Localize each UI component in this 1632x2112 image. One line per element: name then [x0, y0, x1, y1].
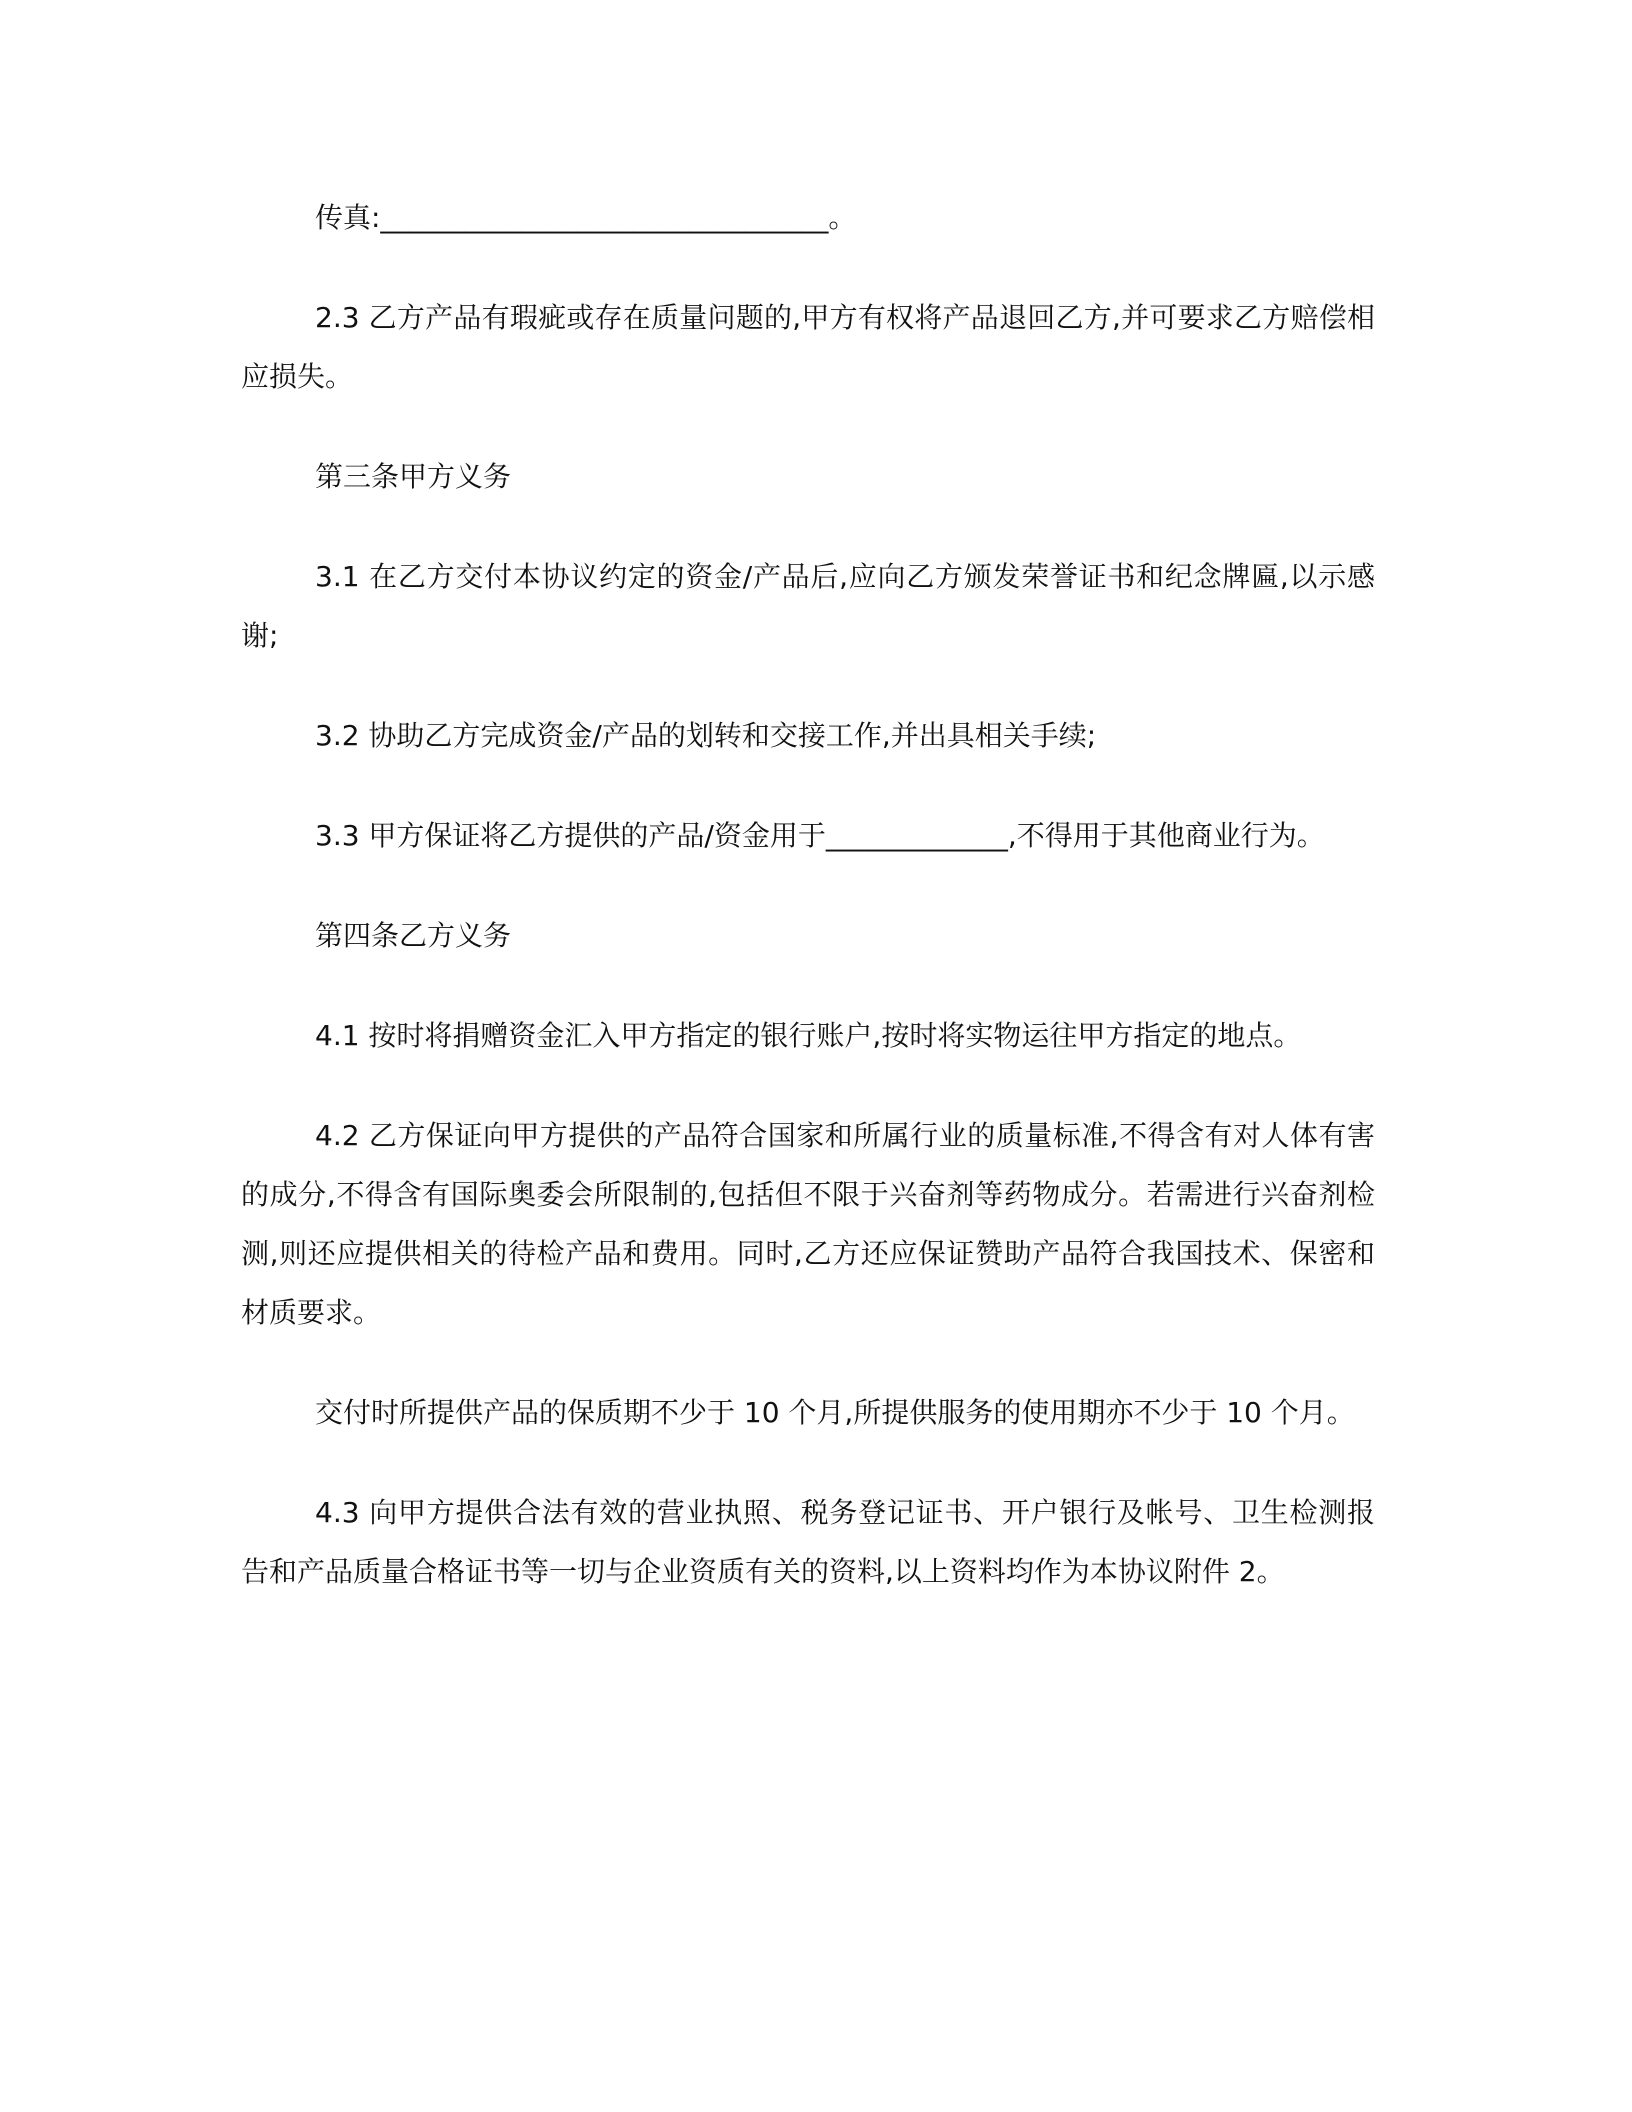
- fax-field-line: 传真:________________________________。: [241, 188, 1375, 247]
- document-page: 传真:________________________________。 2.3…: [241, 188, 1375, 1642]
- clause-2-3: 2.3 乙方产品有瑕疵或存在质量问题的,甲方有权将产品退回乙方,并可要求乙方赔偿…: [241, 288, 1375, 406]
- warranty-period-paragraph: 交付时所提供产品的保质期不少于 10 个月,所提供服务的使用期亦不少于 10 个…: [241, 1383, 1375, 1442]
- article-4-heading: 第四条乙方义务: [241, 906, 1375, 965]
- article-3-heading: 第三条甲方义务: [241, 447, 1375, 506]
- clause-4-2: 4.2 乙方保证向甲方提供的产品符合国家和所属行业的质量标准,不得含有对人体有害…: [241, 1106, 1375, 1342]
- clause-3-2: 3.2 协助乙方完成资金/产品的划转和交接工作,并出具相关手续;: [241, 706, 1375, 765]
- clause-3-1: 3.1 在乙方交付本协议约定的资金/产品后,应向乙方颁发荣誉证书和纪念牌匾,以示…: [241, 547, 1375, 665]
- clause-4-3: 4.3 向甲方提供合法有效的营业执照、税务登记证书、开户银行及帐号、卫生检测报告…: [241, 1483, 1375, 1601]
- clause-3-3: 3.3 甲方保证将乙方提供的产品/资金用于_____________,不得用于其…: [241, 806, 1375, 865]
- clause-4-1: 4.1 按时将捐赠资金汇入甲方指定的银行账户,按时将实物运往甲方指定的地点。: [241, 1006, 1375, 1065]
